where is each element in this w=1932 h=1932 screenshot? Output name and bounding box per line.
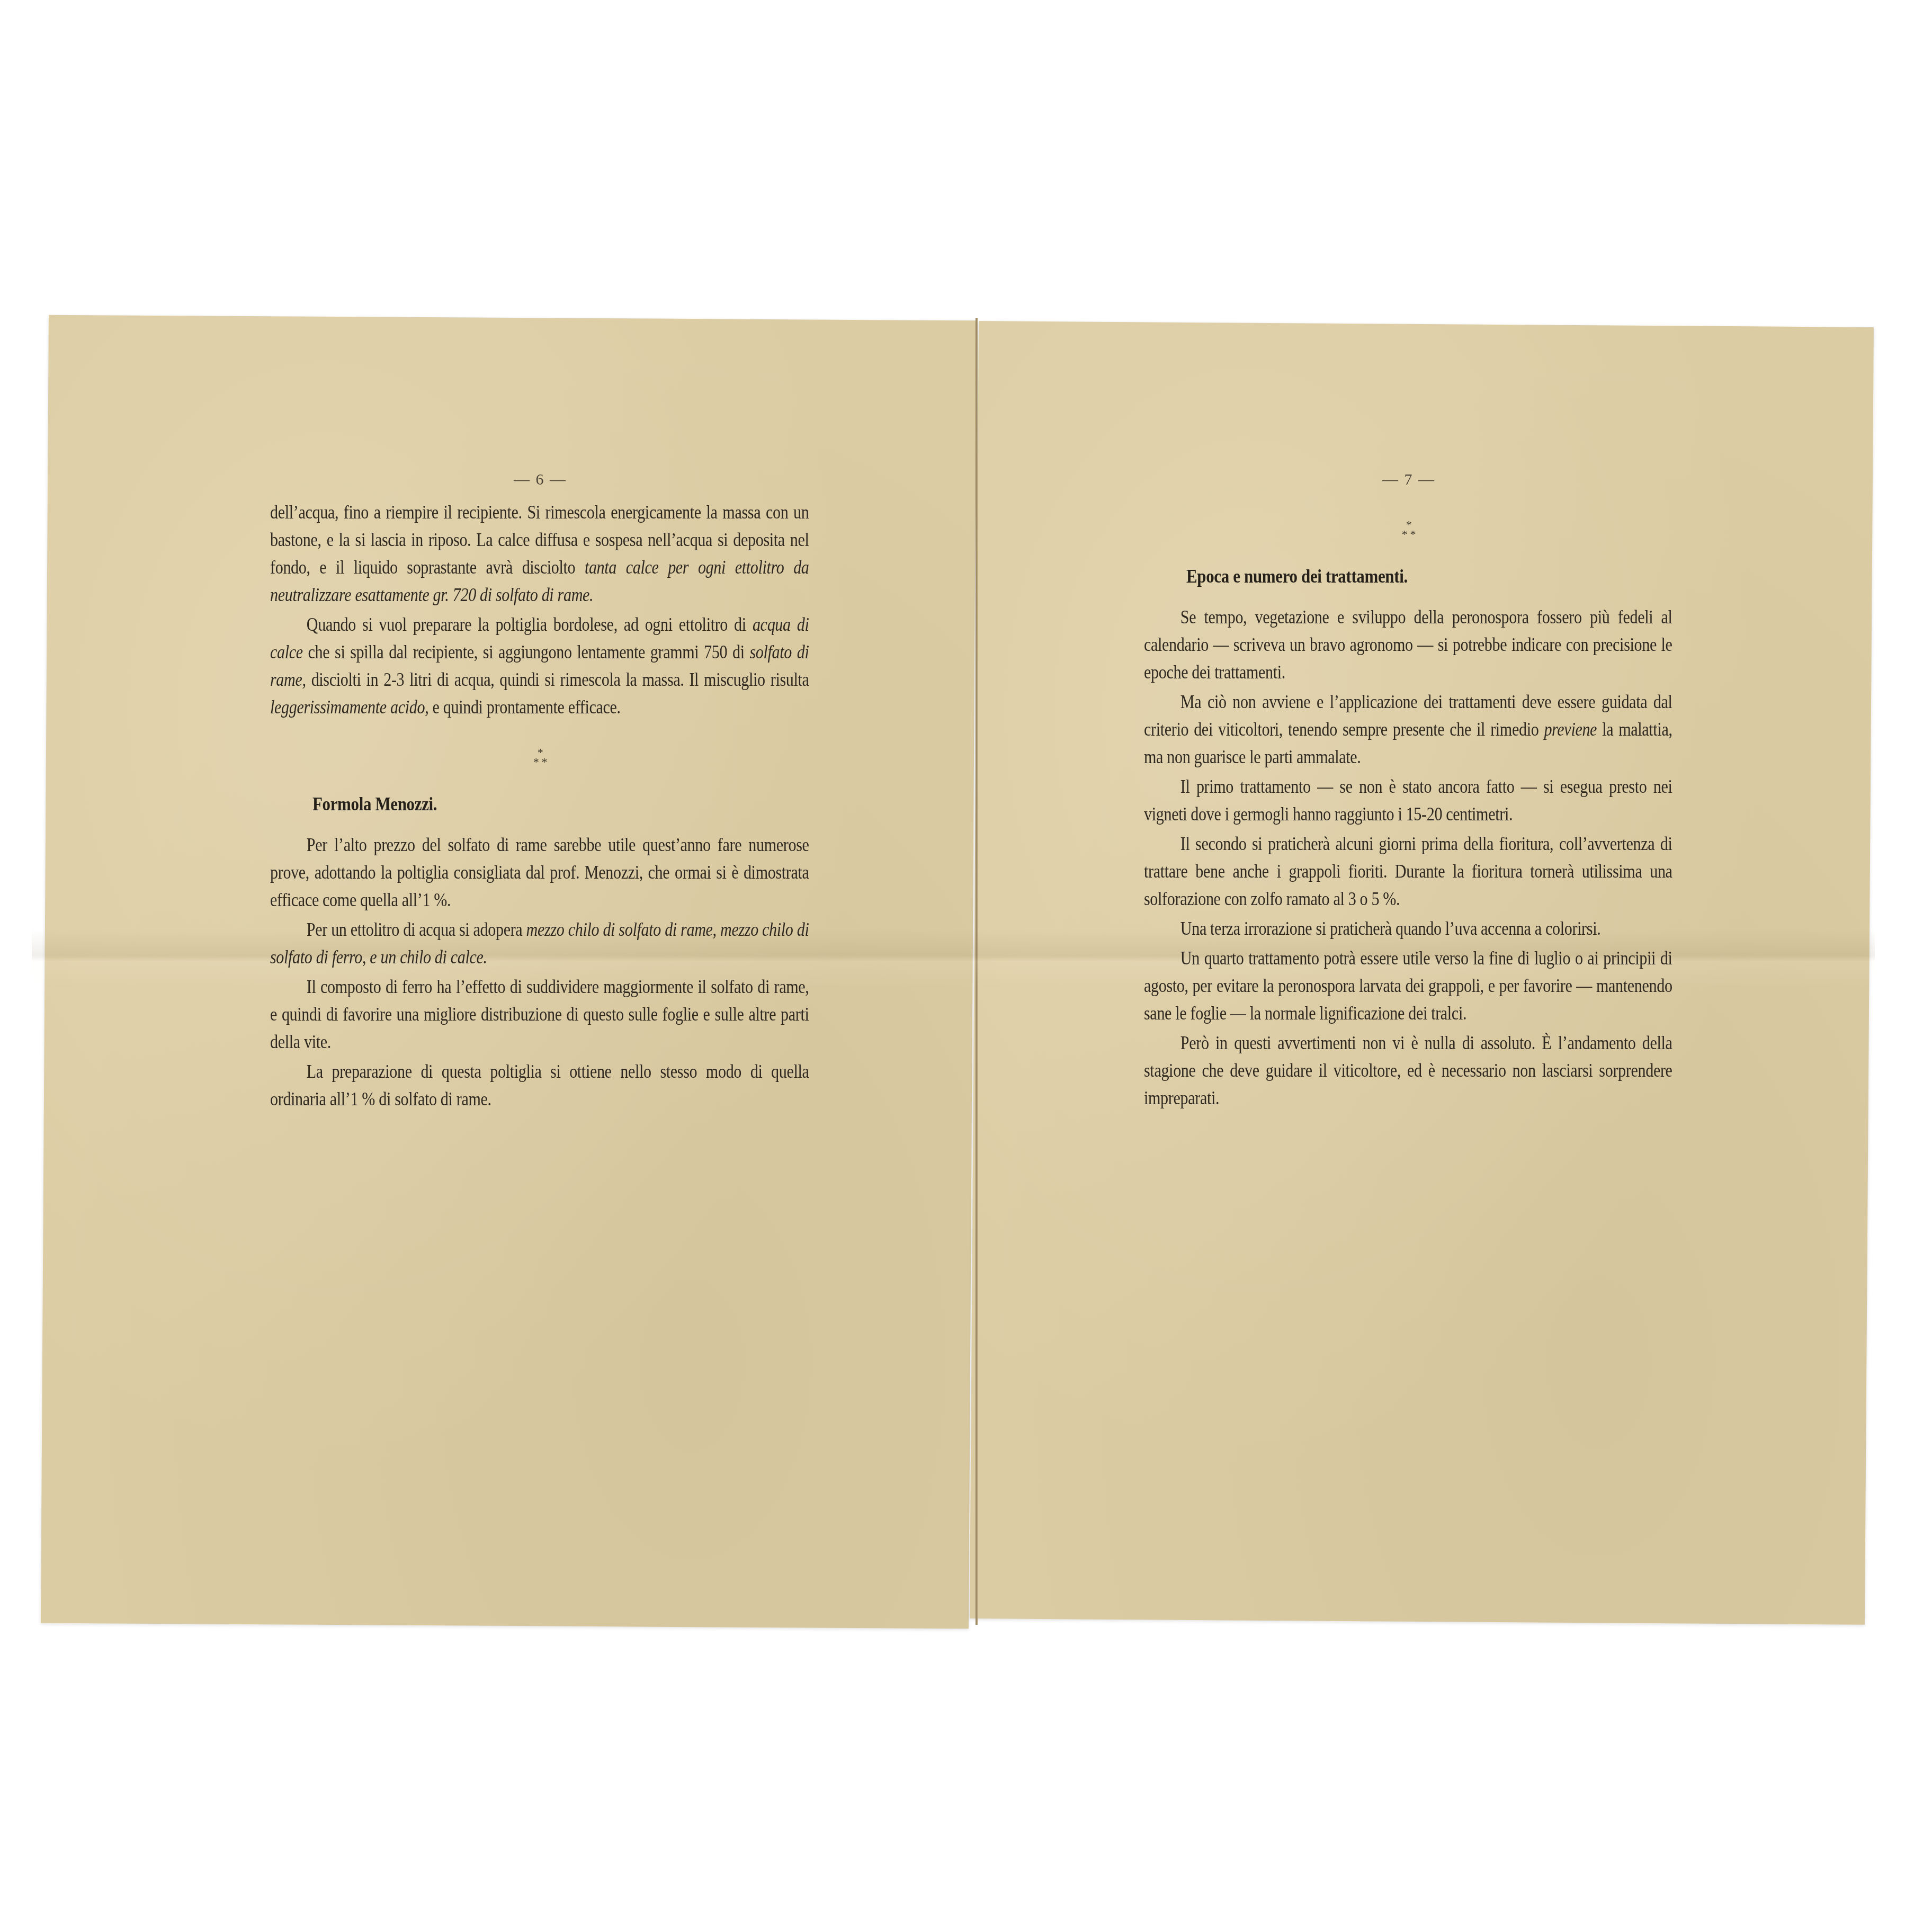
paragraph: Se tempo, vegetazione e sviluppo della p… [1144,604,1672,686]
paragraph: Per l’alto prezzo del solfato di rame sa… [270,831,809,914]
paragraph: Il primo trattamento — se non è stato an… [1144,773,1672,828]
body-text: Una terza irrorazione si praticherà quan… [1180,918,1601,939]
paragraph: Ma ciò non avviene e l’applicazione dei … [1144,688,1672,771]
body-text: Il primo trattamento — se non è stato an… [1144,776,1672,825]
paragraph: Per un ettolitro di acqua si adopera mez… [270,916,809,971]
body-text: Se tempo, vegetazione e sviluppo della p… [1144,607,1672,683]
paragraph: Una terza irrorazione si praticherà quan… [1144,915,1672,943]
body-text: Un quarto trattamento potrà essere utile… [1144,948,1672,1024]
page-number-left: — 6 — [270,466,810,494]
section-heading: Epoca e numero dei trattamenti. [1186,562,1605,590]
open-booklet-spread: — 6 — dell’acqua, fino a riempire il rec… [0,0,1932,1932]
italic-text: leggerissimamente acido, [270,697,428,718]
left-page-blocks: dell’acqua, fino a riempire il recipient… [270,499,810,1113]
body-text: e quindi prontamente efficace. [428,697,620,718]
body-text: Il composto di ferro ha l’effetto di sud… [270,977,809,1052]
body-text: La preparazione di questa poltiglia si o… [270,1061,809,1110]
page-number-right: — 7 — [1144,466,1674,494]
body-text: Per un ettolitro di acqua si adopera [307,919,526,940]
paragraph: La preparazione di questa poltiglia si o… [270,1058,809,1113]
body-text: Però in questi avvertimenti non vi è nul… [1144,1033,1672,1108]
section-asterism: ** * [1144,520,1674,539]
right-page-blocks: ** *Epoca e numero dei trattamenti.Se te… [1144,520,1674,1112]
paragraph: Il composto di ferro ha l’effetto di sud… [270,973,809,1056]
paragraph: Però in questi avvertimenti non vi è nul… [1144,1030,1672,1112]
page-gutter [976,318,978,1625]
asterism-bottom: * * [270,757,810,767]
left-page-text: — 6 — dell’acqua, fino a riempire il rec… [270,466,810,1115]
body-text: che si spilla dal recipiente, si aggiung… [303,642,750,663]
paragraph: Un quarto trattamento potrà essere utile… [1144,945,1672,1027]
paragraph: Quando si vuol preparare la poltiglia bo… [270,611,809,721]
body-text: Quando si vuol preparare la poltiglia bo… [307,614,753,635]
right-page-text: — 7 — ** *Epoca e numero dei trattamenti… [1144,466,1674,1114]
italic-text: previene [1544,719,1597,740]
body-text: disciolti in 2-3 litri di acqua, quindi … [306,669,809,690]
section-heading: Formola Menozzi. [312,790,740,818]
section-asterism: ** * [270,748,810,767]
asterism-bottom: * * [1144,530,1674,539]
body-text: Il secondo si praticherà alcuni giorni p… [1144,834,1672,909]
paragraph: dell’acqua, fino a riempire il recipient… [270,499,809,609]
body-text: Per l’alto prezzo del solfato di rame sa… [270,835,809,910]
paragraph: Il secondo si praticherà alcuni giorni p… [1144,830,1672,913]
